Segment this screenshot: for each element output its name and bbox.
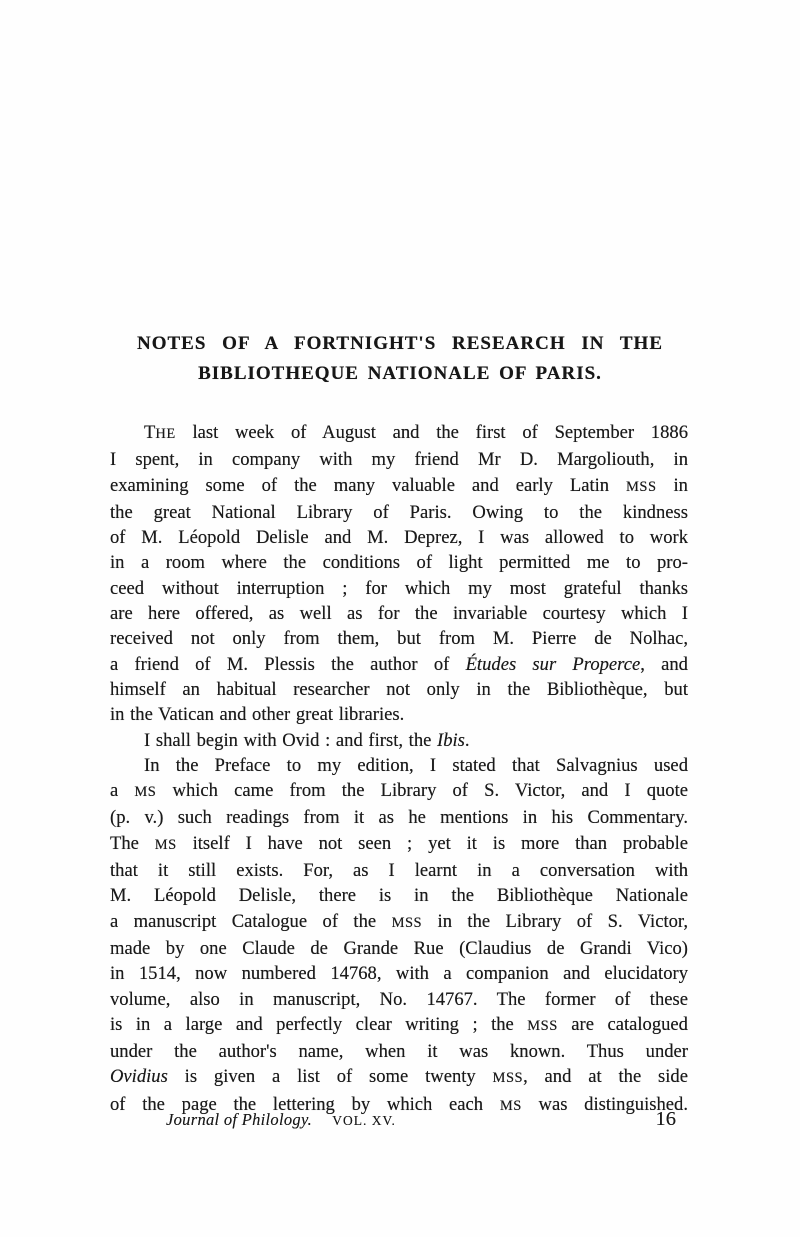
smallcaps-text: MS [134,784,156,800]
smallcaps-text: MSS [527,1018,558,1034]
regular-text: . [465,730,470,751]
smallcaps-text: MSS [493,1070,524,1086]
text-line: The MS itself I have not seen ; yet it i… [110,831,688,858]
regular-text: in a room where the conditions of light … [110,552,688,573]
regular-text: a manuscript Catalogue of the [110,911,392,932]
regular-text: under the author's name, when it was kno… [110,1041,688,1062]
text-line: a friend of M. Plessis the author of Étu… [110,652,688,677]
text-line: himself an habitual researcher not only … [110,677,688,702]
text-line: a manuscript Catalogue of the MSS in the… [110,909,688,936]
italic-text: Ovidius [110,1066,168,1087]
regular-text: In the Preface to my edition, I stated t… [144,755,688,776]
regular-text: the great National Library of Paris. Owi… [110,502,688,523]
regular-text: The [110,833,155,854]
regular-text: that it still exists. For, as I learnt i… [110,860,688,881]
regular-text: ceed without interruption ; for which my… [110,578,688,599]
smallcaps-text: MSS [392,915,423,931]
article-title: NOTES OF A FORTNIGHT'S RESEARCH IN THE B… [0,329,800,389]
italic-text: Études sur Properce [466,654,641,675]
text-line: in 1514, now numbered 14768, with a comp… [110,961,688,986]
regular-text: in [657,475,688,496]
scanned-page: NOTES OF A FORTNIGHT'S RESEARCH IN THE B… [0,0,800,1237]
paragraph: THE last week of August and the first of… [110,420,688,728]
smallcaps-text: MS [155,837,177,853]
regular-text: T [144,422,155,443]
smallcaps-text: HE [155,426,175,442]
regular-text: examining some of the many valuable and … [110,475,626,496]
text-line: that it still exists. For, as I learnt i… [110,858,688,883]
regular-text: last week of August and the first of Sep… [176,422,688,443]
footer-journal-title: Journal of Philology. [166,1110,312,1129]
smallcaps-text: MSS [626,479,657,495]
regular-text: are catalogued [558,1014,688,1035]
text-line: received not only from them, but from M.… [110,626,688,651]
text-line: (p. v.) such readings from it as he ment… [110,805,688,830]
text-line: are here offered, as well as for the inv… [110,601,688,626]
regular-text: which came from the Library of S. Victor… [156,780,688,801]
regular-text: (p. v.) such readings from it as he ment… [110,807,688,828]
article-title-line-1: NOTES OF A FORTNIGHT'S RESEARCH IN THE [0,329,800,359]
regular-text: are here offered, as well as for the inv… [110,603,688,624]
page-footer: Journal of Philology. VOL. XV. 16 [110,1108,688,1134]
regular-text: a [110,780,134,801]
text-line: In the Preface to my edition, I stated t… [110,753,688,778]
regular-text: of M. Léopold Delisle and M. Deprez, I w… [110,527,688,548]
paragraph: In the Preface to my edition, I stated t… [110,753,688,1119]
regular-text: M. Léopold Delisle, there is in the Bibl… [110,885,688,906]
text-line: of M. Léopold Delisle and M. Deprez, I w… [110,525,688,550]
footer-volume: VOL. XV. [332,1113,396,1128]
text-line: I spent, in company with my friend Mr D.… [110,447,688,472]
regular-text: made by one Claude de Grande Rue (Claudi… [110,938,688,959]
regular-text: I spent, in company with my friend Mr D.… [110,449,688,470]
regular-text: I shall begin with Ovid : and first, the [144,730,437,751]
regular-text: himself an habitual researcher not only … [110,679,688,700]
paragraph: I shall begin with Ovid : and first, the… [110,728,688,753]
regular-text: a friend of M. Plessis the author of [110,654,466,675]
text-line: volume, also in manuscript, No. 14767. T… [110,987,688,1012]
regular-text: received not only from them, but from M.… [110,628,688,649]
italic-text: Ibis [437,730,465,751]
regular-text: in the Vatican and other great libraries… [110,704,404,725]
text-line: M. Léopold Delisle, there is in the Bibl… [110,883,688,908]
regular-text: , and at the side [523,1066,688,1087]
text-line: in a room where the conditions of light … [110,550,688,575]
regular-text: itself I have not seen ; yet it is more … [177,833,688,854]
text-line: made by one Claude de Grande Rue (Claudi… [110,936,688,961]
regular-text: is given a list of some twenty [168,1066,493,1087]
text-line: Ovidius is given a list of some twenty M… [110,1064,688,1091]
text-line: under the author's name, when it was kno… [110,1039,688,1064]
text-line: ceed without interruption ; for which my… [110,576,688,601]
text-line: I shall begin with Ovid : and first, the… [110,728,688,753]
text-line: in the Vatican and other great libraries… [110,702,688,727]
article-body: THE last week of August and the first of… [110,420,688,1119]
regular-text: is in a large and perfectly clear writin… [110,1014,527,1035]
text-line: THE last week of August and the first of… [110,420,688,447]
text-line: the great National Library of Paris. Owi… [110,500,688,525]
regular-text: , and [640,654,688,675]
article-title-line-2: BIBLIOTHEQUE NATIONALE OF PARIS. [0,359,800,389]
text-line: is in a large and perfectly clear writin… [110,1012,688,1039]
text-line: a MS which came from the Library of S. V… [110,778,688,805]
regular-text: in 1514, now numbered 14768, with a comp… [110,963,688,984]
footer-imprint: Journal of Philology. VOL. XV. [166,1110,396,1130]
regular-text: volume, also in manuscript, No. 14767. T… [110,989,688,1010]
regular-text: in the Library of S. Victor, [422,911,688,932]
text-line: examining some of the many valuable and … [110,473,688,500]
page-number: 16 [656,1108,677,1131]
